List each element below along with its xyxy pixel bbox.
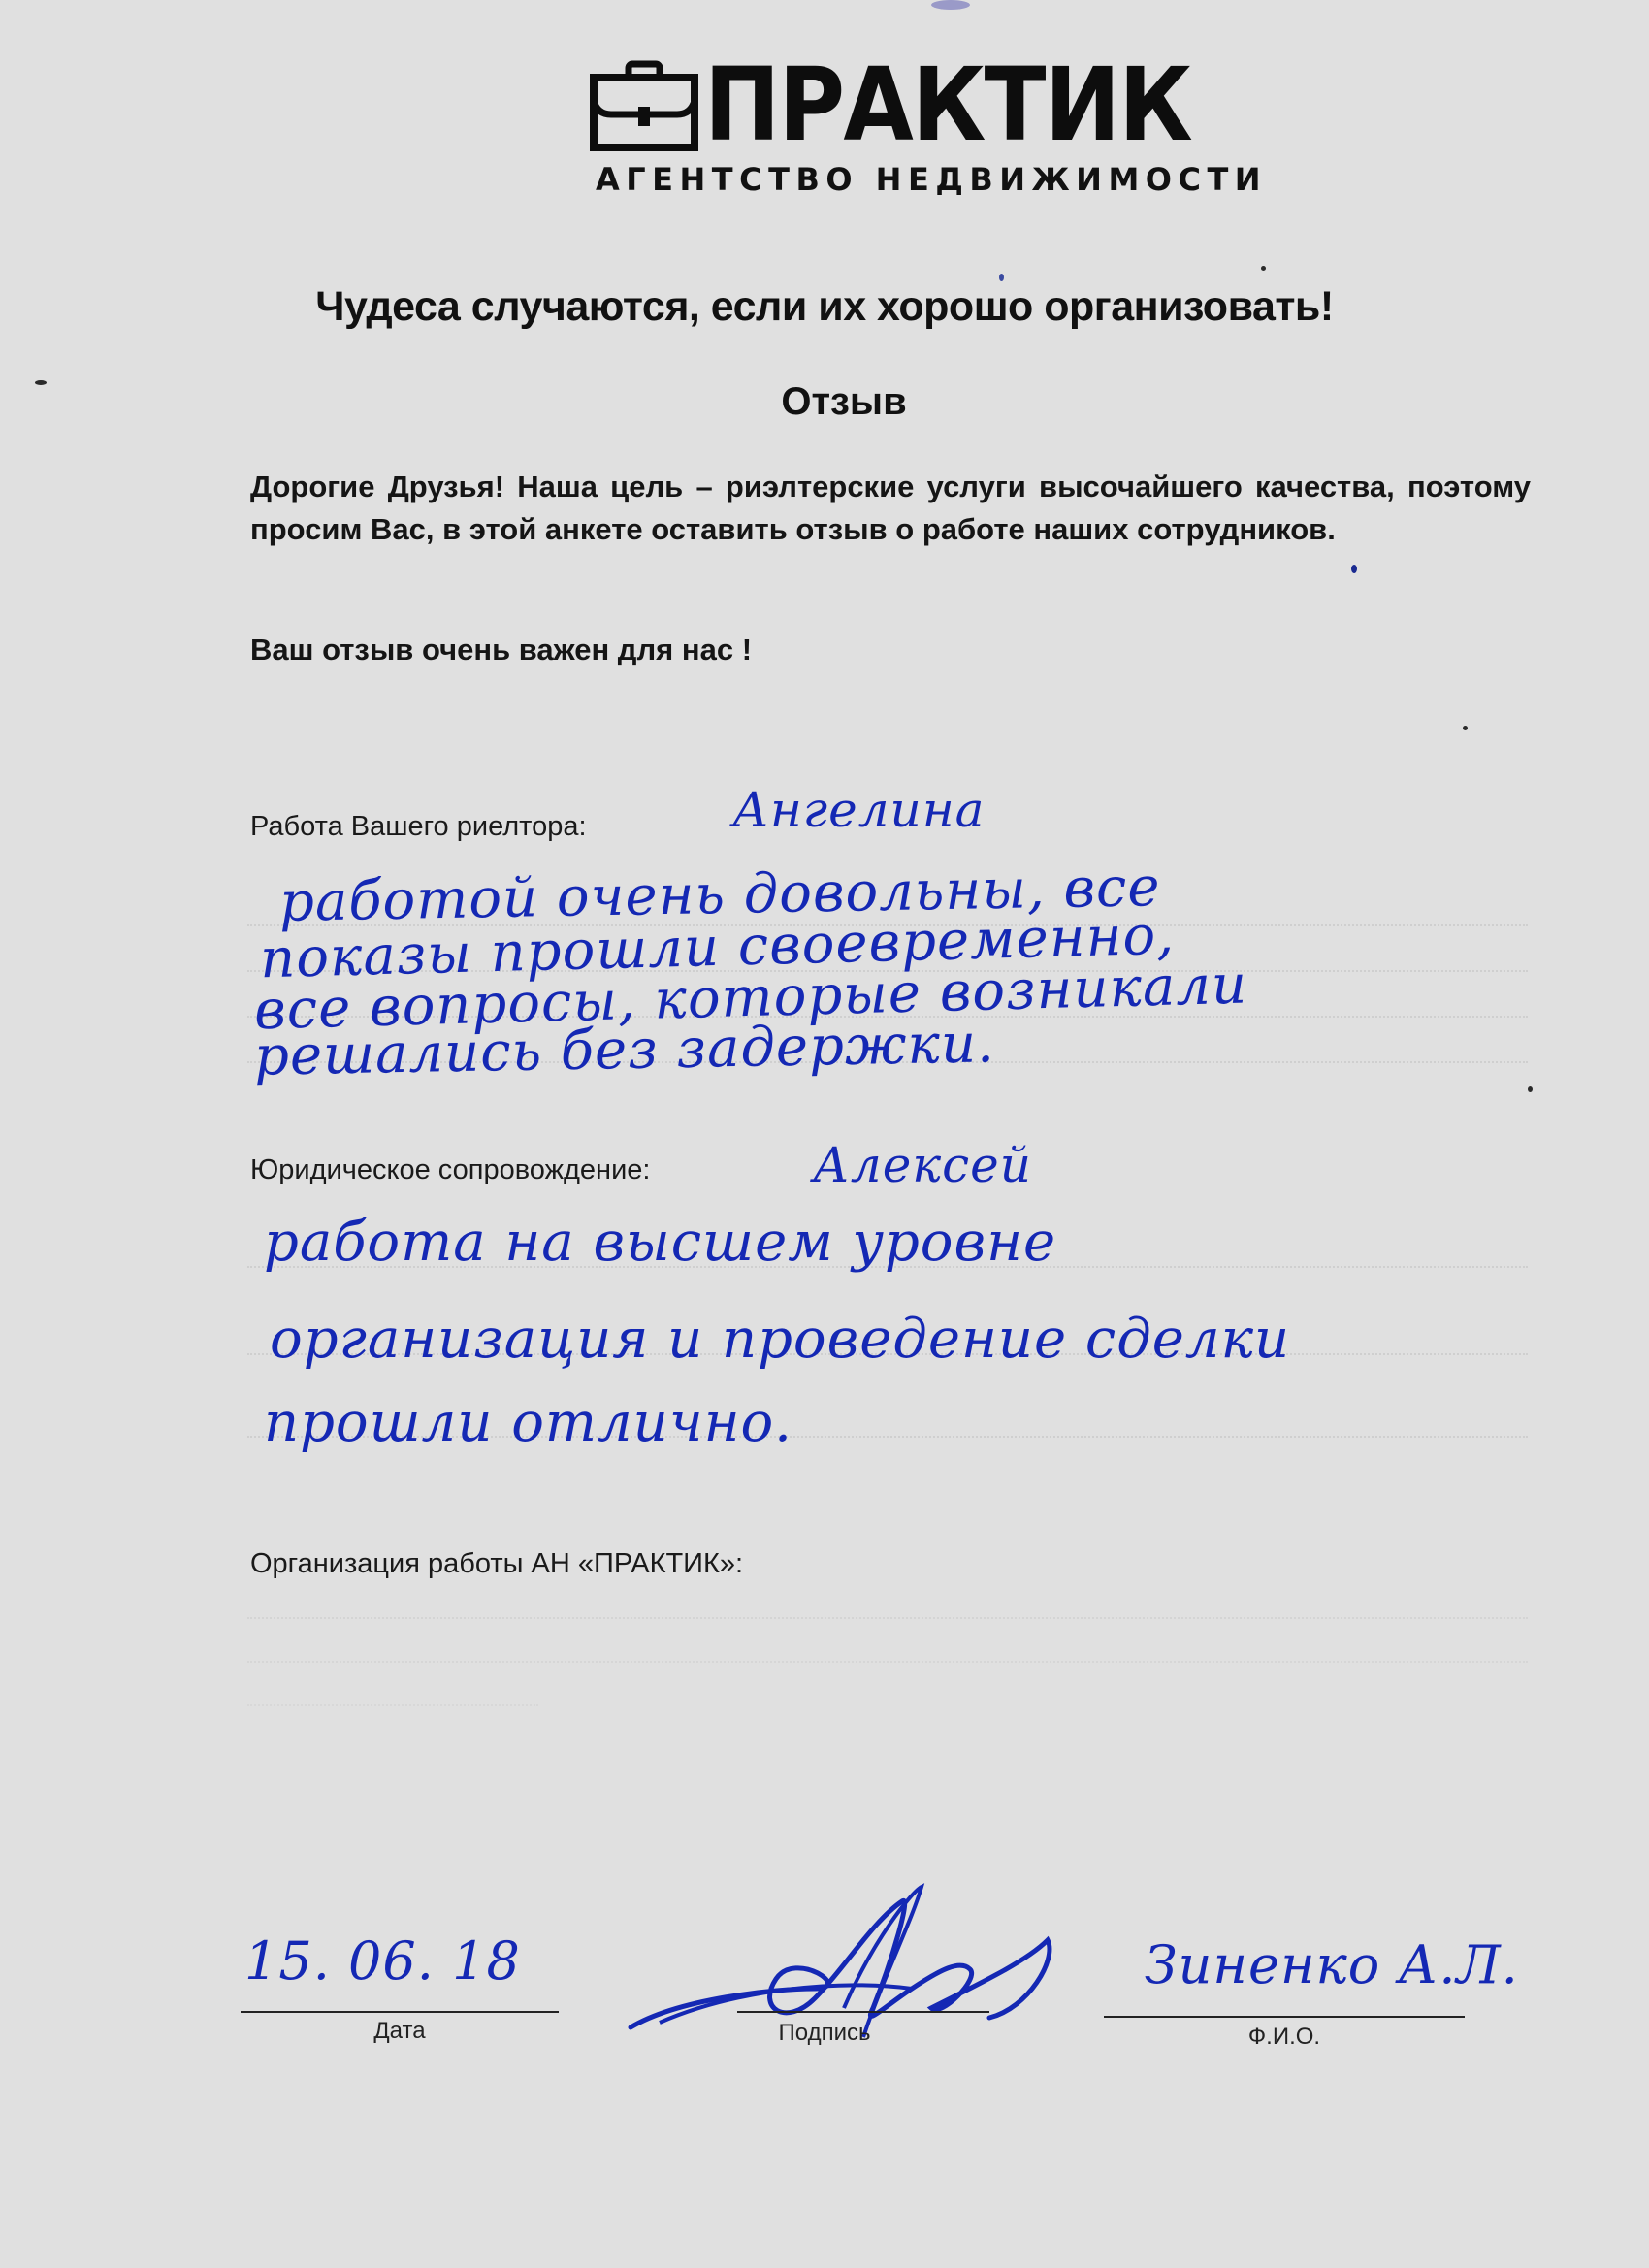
guide-line [247, 1704, 538, 1706]
signature-caption: Подпись [737, 2020, 912, 2047]
signature-line [737, 2011, 989, 2013]
company-logo: ПРАКТИК АГЕНТСТВО НЕДВИЖИМОСТИ [590, 60, 1191, 196]
lawyer-name-handwritten[interactable]: Алексей [813, 1137, 1032, 1193]
legal-review-line[interactable]: прошли отлично. [264, 1391, 792, 1454]
brand-subtitle: АГЕНТСТВО НЕДВИЖИМОСТИ [596, 161, 1267, 198]
guide-line [247, 1617, 1528, 1619]
scan-speck [1261, 266, 1266, 271]
realtor-review-line[interactable]: решались без задержки. [253, 1012, 995, 1087]
realtor-name-handwritten[interactable]: Ангелина [732, 782, 985, 838]
scan-speck [999, 274, 1004, 281]
legal-review-line[interactable]: работа на высшем уровне [264, 1211, 1056, 1274]
agency-field-label: Организация работы АН «ПРАКТИК»: [250, 1548, 743, 1580]
slogan: Чудеса случаются, если их хорошо организ… [0, 283, 1649, 331]
brand-name: ПРАКТИК [704, 54, 1191, 155]
scan-speck [1528, 1086, 1533, 1092]
page-title: Отзыв [0, 380, 1649, 424]
scan-speck [931, 0, 970, 10]
realtor-field-label: Работа Вашего риелтора: [250, 811, 587, 843]
scan-speck [1463, 726, 1468, 730]
name-line [1104, 2016, 1465, 2018]
importance-note: Ваш отзыв очень важен для нас ! [250, 632, 752, 667]
intro-paragraph: Дорогие Друзья! Наша цель – риэлтерские … [250, 466, 1531, 551]
legal-field-label: Юридическое сопровождение: [250, 1154, 650, 1186]
guide-line [247, 1661, 1528, 1663]
scan-speck [35, 380, 47, 385]
date-caption: Дата [241, 2018, 559, 2045]
scan-speck [1351, 565, 1357, 573]
date-handwritten[interactable]: 15. 06. 18 [244, 1930, 521, 1992]
name-handwritten[interactable]: Зиненко А.Л. [1145, 1934, 1519, 1995]
date-line [241, 2011, 559, 2013]
name-caption: Ф.И.О. [1104, 2024, 1465, 2051]
legal-review-line[interactable]: организация и проведение сделки [270, 1308, 1290, 1371]
briefcase-icon [590, 60, 698, 151]
